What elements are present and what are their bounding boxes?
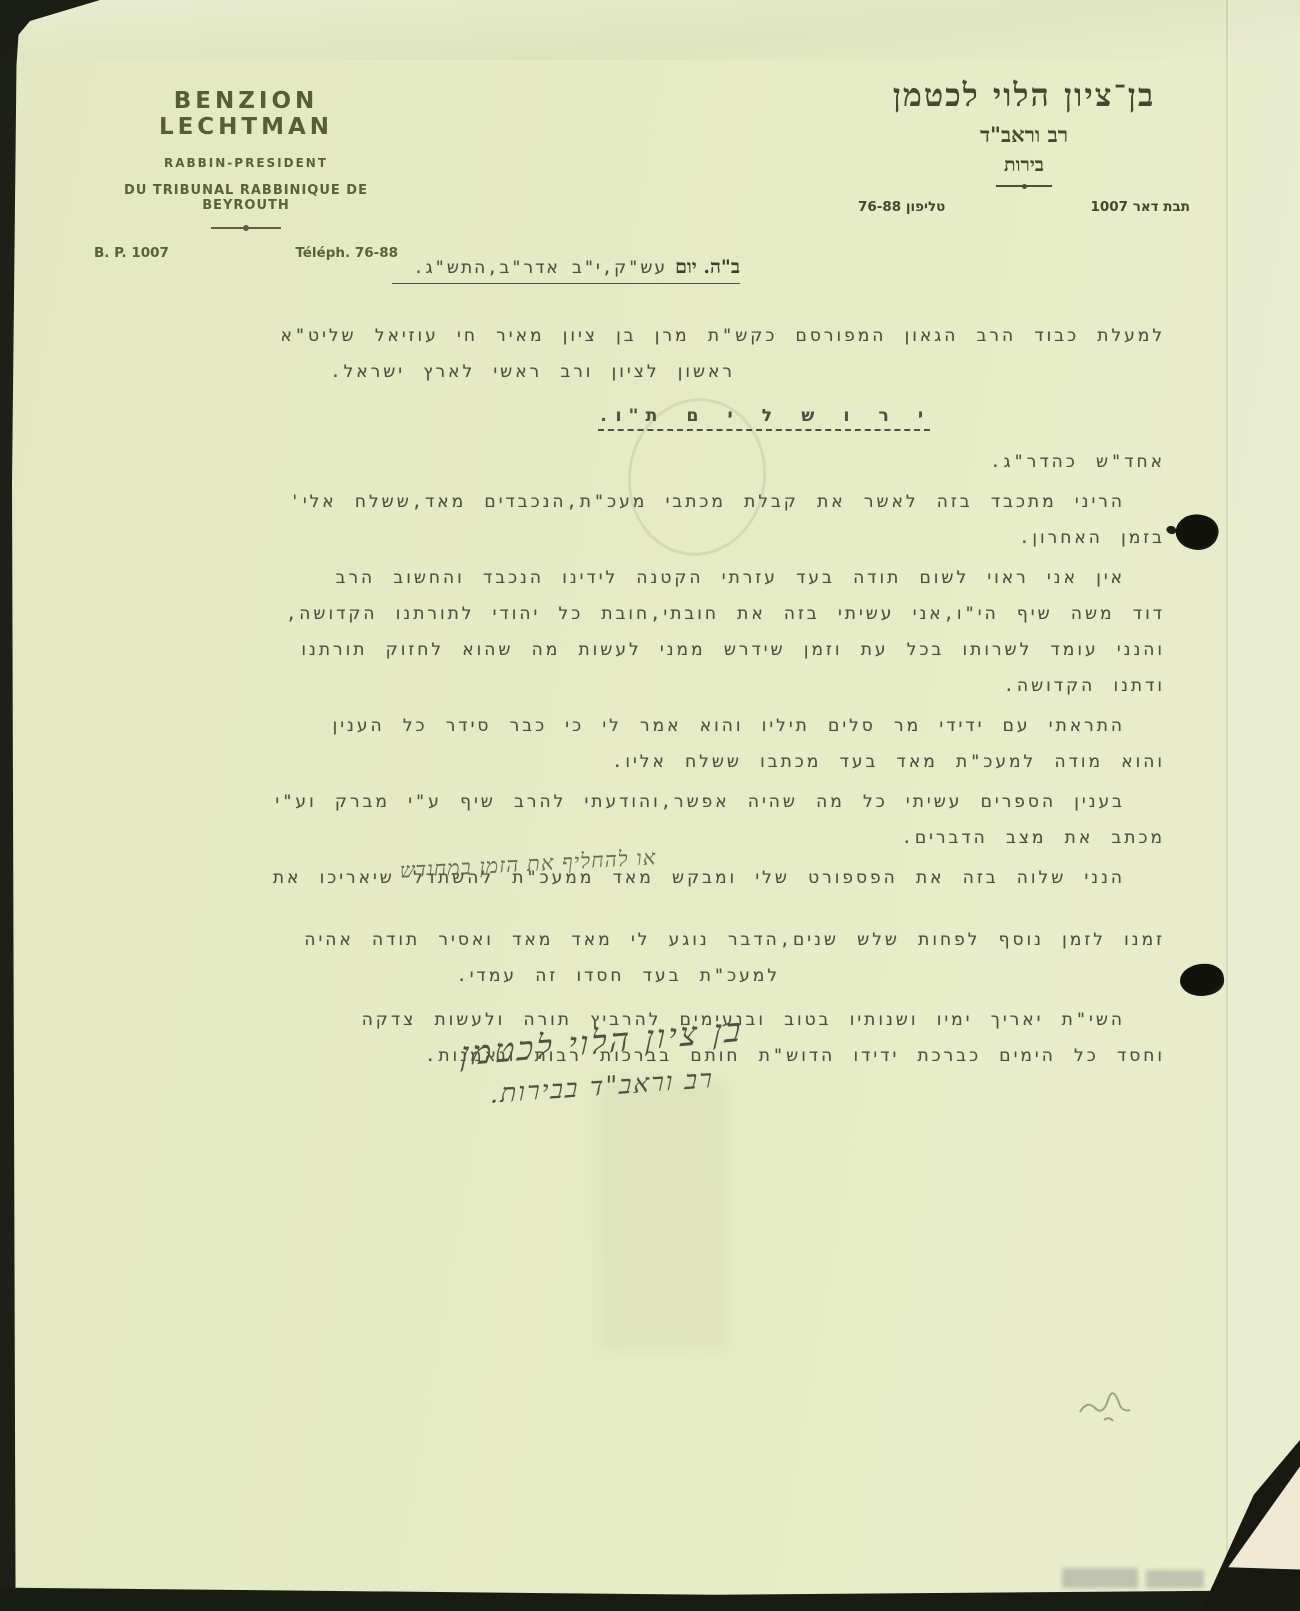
letterhead-city-hebrew: בירות — [856, 154, 1192, 177]
letter-body: למעלת כבוד הרב הגאון המפורסם כקש"ת מרן ב… — [96, 318, 1165, 1074]
body-line: ראשון לציון ורב ראשי לארץ ישראל. — [96, 354, 735, 390]
fold-shading — [1228, 0, 1300, 1611]
date-printed-prefix: ב"ה. יום — [675, 256, 740, 278]
date-line: ב"ה. יוםעש"ק,י"ב אדר"ב,התש"ג. — [392, 256, 740, 284]
body-line: אין אני ראוי לשום תודה בעד עזרתי הקטנה ל… — [96, 560, 1125, 596]
paper-watermark — [598, 1080, 728, 1350]
body-line: והוא מודה למעכ"ת מאד בעד מכתבו ששלח אליו… — [96, 744, 1165, 780]
date-typed: עש"ק,י"ב אדר"ב,התש"ג. — [413, 258, 667, 278]
body-line: זמנו לזמן נוסף לפחות שלש שנים,הדבר נוגע … — [96, 922, 1165, 958]
letterhead-divider — [211, 227, 281, 229]
body-line: דוד משה שיף הי"ו,אני עשיתי בזה את חובתי,… — [96, 596, 1165, 632]
scanned-letter: BENZION LECHTMAN RABBIN-PRESIDENT DU TRI… — [0, 0, 1300, 1611]
letterhead-latin: BENZION LECHTMAN RABBIN-PRESIDENT DU TRI… — [88, 88, 404, 261]
letterhead-phone-latin: Téléph. 76-88 — [295, 245, 398, 261]
letterhead-divider — [996, 185, 1052, 187]
signature-block: בן ציון הלוי לכטמן רב וראב"ד בבירות. — [392, 1022, 812, 1102]
letterhead-pobox-hebrew: תבת דאר 1007 — [1090, 199, 1190, 215]
body-line: התראתי עם ידידי מר סלים תיליו והוא אמר ל… — [96, 708, 1125, 744]
body-line: בענין הספרים עשיתי כל מה שהיה אפשר,והודע… — [96, 784, 1125, 820]
greeting-line: אחד"ש כהדר"ג. — [96, 444, 1165, 480]
letterhead-title-hebrew: רב וראב"ד — [856, 122, 1192, 148]
body-line: למעלת כבוד הרב הגאון המפורסם כקש"ת מרן ב… — [96, 318, 1165, 354]
fold-line — [1226, 0, 1228, 1611]
pencil-scribble — [1074, 1388, 1138, 1432]
address-jerusalem: י ר ו ש ל י ם ת"ו. — [96, 398, 930, 434]
letterhead-pobox-latin: B. P. 1007 — [94, 245, 169, 261]
scan-smudge — [1146, 1570, 1204, 1588]
letterhead-subtitle-latin: DU TRIBUNAL RABBINIQUE DE BEYROUTH — [88, 183, 404, 213]
body-line: למעכ"ת בעד חסדו זה עמדי. — [96, 958, 780, 994]
letterhead-name-hebrew: בן־ציון הלוי לכטמן — [856, 76, 1192, 114]
letterhead-phone-hebrew: טליפון 76-88 — [858, 199, 945, 215]
body-line: הריני מתכבד בזה לאשר את קבלת מכתבי מעכ"ת… — [96, 484, 1125, 520]
scan-smudge — [1062, 1568, 1138, 1588]
body-line: והנני עומד לשרותו בכל עת וזמן שידרש ממני… — [96, 632, 1165, 668]
letterhead-title-latin: RABBIN-PRESIDENT — [88, 156, 404, 170]
body-line: בזמן האחרון. — [96, 520, 1165, 556]
letterhead-name-latin: BENZION LECHTMAN — [88, 88, 404, 140]
body-line: ודתנו הקדושה. — [96, 668, 1165, 704]
letterhead-hebrew: בן־ציון הלוי לכטמן רב וראב"ד בירות תבת ד… — [856, 76, 1192, 215]
